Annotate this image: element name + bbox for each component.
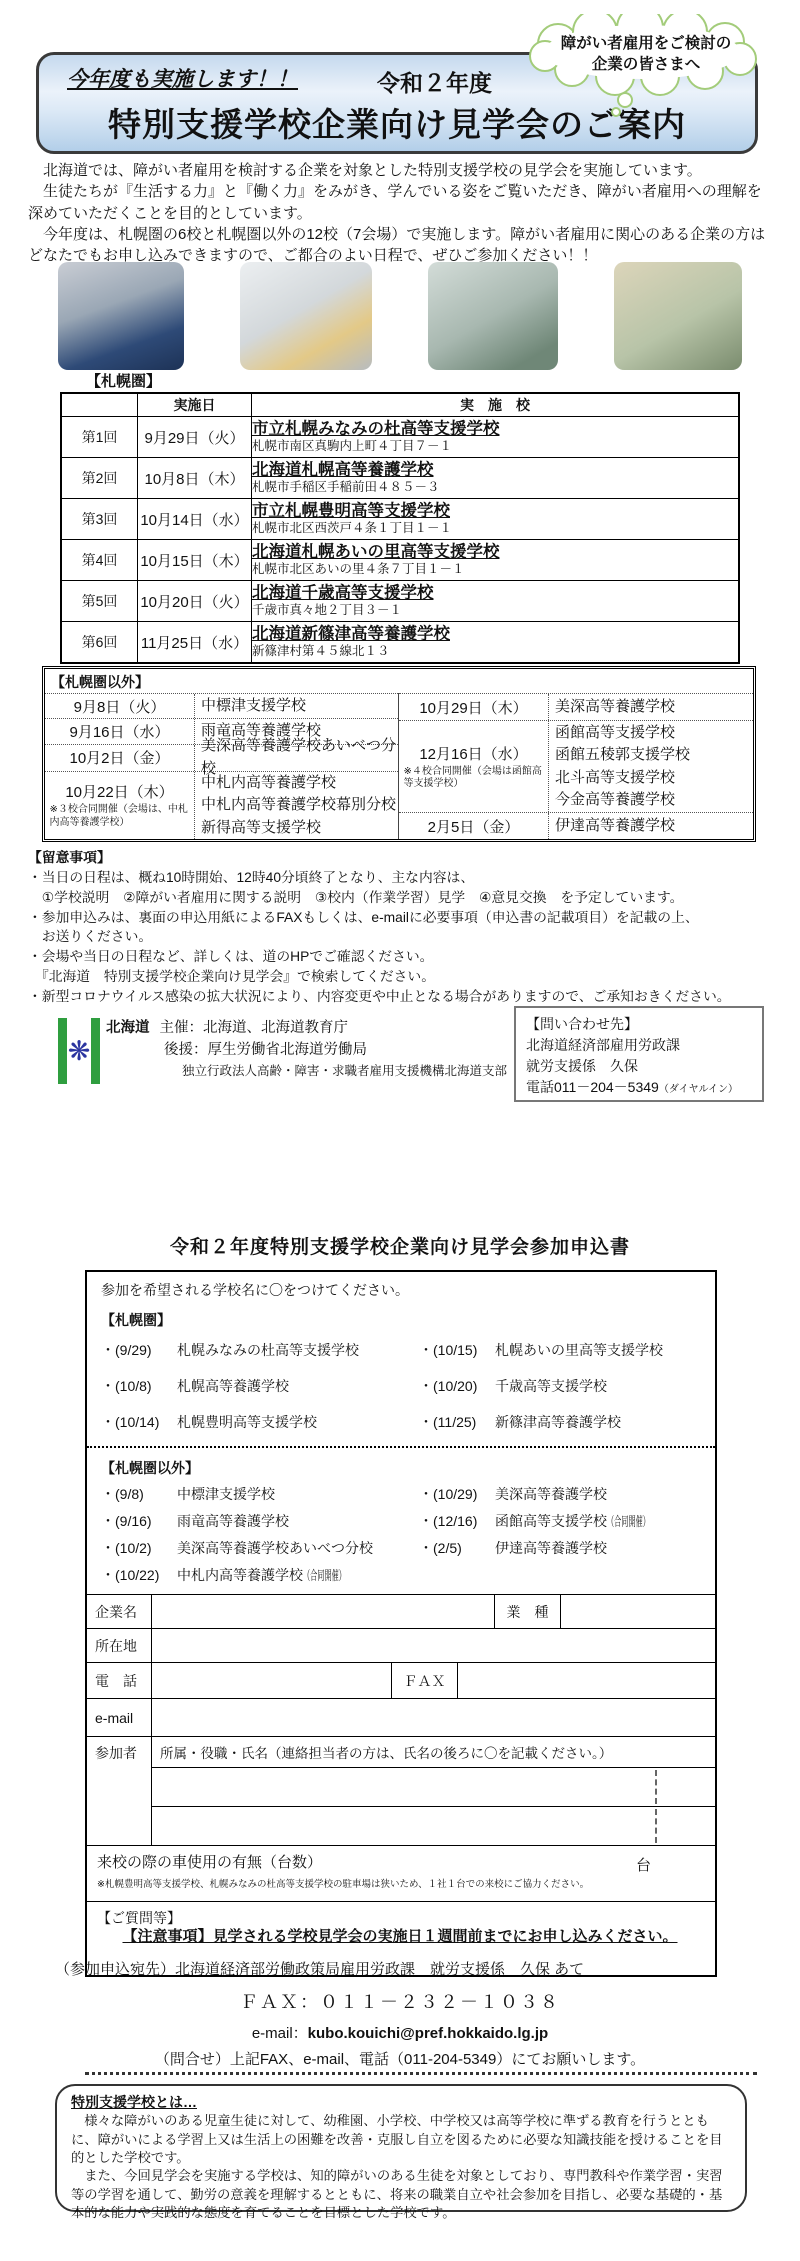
- outside-right-column: 10月29日（木） 美深高等養護学校 12月16日（水） ※４校合同開催（会場は…: [399, 693, 753, 839]
- participant-input-row[interactable]: [152, 1767, 715, 1806]
- phone-row: 電 話 ＦＡＸ: [87, 1662, 715, 1698]
- inquiry-line: （問合せ）上記FAX、e-mail、電話（011-204-5349）にてお願いし…: [0, 2048, 800, 2069]
- school-address: 札幌市北区西茨戸４条１丁目１－１: [252, 521, 738, 536]
- schedule-row: 10月29日（木） 美深高等養護学校: [399, 693, 753, 720]
- schedule-row: 2月5日（金） 伊達高等養護学校: [399, 812, 753, 839]
- company-label: 企業名: [87, 1595, 151, 1628]
- notes-title: 【留意事項】: [28, 848, 792, 868]
- organizer-support2: 独立行政法人高齢・障害・求職者雇用支援機構北海道支部: [182, 1062, 507, 1081]
- school-choice[interactable]: ・(11/25)新篠津高等養護学校: [419, 1404, 701, 1440]
- organizer-host: 主催：北海道、北海道教育庁: [160, 1018, 349, 1040]
- photo-baking-work: [240, 262, 372, 370]
- table-header-row: 実施日 実 施 校: [61, 393, 739, 417]
- participants-label: 参加者: [87, 1737, 151, 1845]
- school-name: 北海道札幌高等養護学校: [252, 461, 738, 480]
- photo-strip: [58, 262, 742, 370]
- contact-person: 就労支援係 久保: [526, 1056, 752, 1077]
- note-line: ・会場や当日の日程など、詳しくは、道のHPでご確認ください。: [28, 947, 792, 967]
- company-input[interactable]: [151, 1595, 494, 1628]
- organizer-support1: 後援：厚生労働省北海道労働局: [164, 1040, 507, 1062]
- schedule-row: 9月8日（火） 中標津支援学校: [45, 693, 398, 718]
- school-address: 札幌市手稲区手稲前田４８５－３: [252, 480, 738, 495]
- school-address: 新篠津村第４５線北１３: [252, 644, 738, 659]
- school-choice[interactable]: ・(10/8)札幌高等養護学校: [101, 1368, 419, 1404]
- contact-phone: 電話011－204－5349（ダイヤルイン）: [526, 1077, 752, 1098]
- school-choice[interactable]: ・(10/22)中札内高等養護学校（合同開催）: [101, 1561, 419, 1588]
- participants-header: 所属・役職・氏名（連絡担当者の方は、氏名の後ろに〇を記載ください。）: [152, 1737, 715, 1767]
- email-input[interactable]: [151, 1699, 715, 1736]
- fiscal-year: 令和２年度: [377, 65, 492, 98]
- email-address-line: e-mail：kubo.kouichi@pref.hokkaido.lg.jp: [0, 2022, 800, 2043]
- table-row: 第3回 10月14日（水） 市立札幌豊明高等支援学校札幌市北区西茨戸４条１丁目１…: [61, 499, 739, 540]
- school-choice[interactable]: ・(10/2)美深高等養護学校あいべつ分校: [101, 1534, 419, 1561]
- participant-input-row[interactable]: [152, 1806, 715, 1845]
- phone-label: 電 話: [87, 1663, 151, 1698]
- intro-p1: 北海道では、障がい者雇用を検討する企業を対象とした特別支援学校の見学会を実施して…: [28, 160, 776, 181]
- school-name: 北海道千歳高等支援学校: [252, 584, 738, 603]
- note-line: 『北海道 特別支援学校企業向け見学会』で検索してください。: [28, 967, 792, 987]
- email-label: e-mail: [87, 1699, 151, 1736]
- apply-to-line: （参加申込宛先）北海道経済部労働政策局雇用労政課 就労支援係 久保 あて: [55, 1958, 584, 1979]
- table-row: 第2回 10月8日（木） 北海道札幌高等養護学校札幌市手稲区手稲前田４８５－３: [61, 458, 739, 499]
- email-row: e-mail: [87, 1698, 715, 1736]
- photo-cleaning-work: [58, 262, 184, 370]
- school-choice[interactable]: ・(9/29)札幌みなみの杜高等支援学校: [101, 1332, 419, 1368]
- cloud-text: 障がい者雇用をご検討の 企業の皆さまへ: [530, 34, 762, 76]
- school-choice[interactable]: ・(10/20)千歳高等支援学校: [419, 1368, 701, 1404]
- school-selection-section: 参加を希望される学校名に〇をつけてください。 【札幌圏】 ・(9/29)札幌みな…: [87, 1272, 715, 1594]
- location-row: 所在地: [87, 1628, 715, 1662]
- contact-division: 北海道経済部雇用労政課: [526, 1035, 752, 1056]
- contact-box: 【問い合わせ先】 北海道経済部雇用労政課 就労支援係 久保 電話011－204－…: [514, 1006, 764, 1102]
- joint-note: ※４校合同開催（会場は函館高等支援学校）: [404, 766, 544, 791]
- dotted-divider: [87, 1446, 715, 1448]
- car-label: 来校の際の車使用の有無（台数）: [97, 1851, 705, 1872]
- outside-section-label: 【札幌圏以外】: [45, 669, 753, 693]
- fax-number-line: ＦＡＸ：０１１－２３２－１０３８: [0, 1988, 800, 2014]
- schedule-row-joint: 12月16日（水） ※４校合同開催（会場は函館高等支援学校） 函館高等支援学校 …: [399, 720, 753, 812]
- school-address: 札幌市南区真駒内上町４丁目７－１: [252, 439, 738, 454]
- flyer-page: 今年度も実施します！！ 令和２年度 特別支援学校企業向け見学会のご案内 障がい者…: [0, 0, 800, 2261]
- note-line: お送りください。: [28, 927, 792, 947]
- school-choice[interactable]: ・(2/5)伊達高等養護学校: [419, 1534, 701, 1561]
- table-row: 第1回 9月29日（火） 市立札幌みなみの杜高等支援学校札幌市南区真駒内上町４丁…: [61, 417, 739, 458]
- industry-label: 業 種: [494, 1595, 560, 1628]
- location-input[interactable]: [151, 1629, 715, 1662]
- about-special-schools-box: 特別支援学校とは… 様々な障がいのある児童生徒に対して、幼稚園、小学校、中学校又…: [55, 2084, 747, 2212]
- outside-left-column: 9月8日（火） 中標津支援学校 9月16日（水） 雨竜高等養護学校 10月2日（…: [45, 693, 399, 839]
- participants-row: 参加者 所属・役職・氏名（連絡担当者の方は、氏名の後ろに〇を記載ください。）: [87, 1736, 715, 1845]
- hokkaido-logo-icon: ❋: [58, 1018, 100, 1084]
- application-form-title: 令和２年度特別支援学校企業向け見学会参加申込書: [0, 1232, 800, 1259]
- company-row: 企業名 業 種: [87, 1594, 715, 1628]
- speech-cloud: 障がい者雇用をご検討の 企業の皆さまへ: [520, 14, 772, 118]
- sapporo-section-label: 【札幌圏】: [86, 370, 161, 391]
- car-row[interactable]: 来校の際の車使用の有無（台数） 台 ※札幌豊明高等支援学校、札幌みなみの杜高等支…: [87, 1845, 715, 1901]
- photo-workshop: [428, 262, 558, 370]
- sapporo-schedule-table: 実施日 実 施 校 第1回 9月29日（火） 市立札幌みなみの杜高等支援学校札幌…: [60, 392, 740, 664]
- outside-grid: 9月8日（火） 中標津支援学校 9月16日（水） 雨竜高等養護学校 10月2日（…: [45, 693, 753, 839]
- intro-paragraphs: 北海道では、障がい者雇用を検討する企業を対象とした特別支援学校の見学会を実施して…: [28, 160, 776, 266]
- contact-title: 【問い合わせ先】: [526, 1014, 752, 1035]
- table-row: 第5回 10月20日（火） 北海道千歳高等支援学校千歳市真々地２丁目３－１: [61, 581, 739, 622]
- industry-input[interactable]: [560, 1595, 715, 1628]
- table-row: 第4回 10月15日（木） 北海道札幌あいの里高等支援学校札幌市北区あいの里４条…: [61, 540, 739, 581]
- intro-p3: 今年度は、札幌圏の6校と札幌圏以外の12校（7会場）で実施します。障がい者雇用に…: [28, 224, 776, 267]
- joint-note: ※３校合同開催（会場は、中札内高等養護学校）: [50, 804, 190, 829]
- location-label: 所在地: [87, 1629, 151, 1662]
- schedule-row: 10月2日（金） 美深高等養護学校あいべつ分校: [45, 744, 398, 771]
- header-badge: 今年度も実施します！！: [67, 63, 298, 93]
- form-outside-label: 【札幌圏以外】: [101, 1458, 701, 1478]
- note-line: ・参加申込みは、裏面の申込用紙によるFAXもしくは、e-mailに必要事項（申込…: [28, 908, 792, 928]
- about-title: 特別支援学校とは…: [71, 2093, 731, 2112]
- outside-schedule-box: 【札幌圏以外】 9月8日（火） 中標津支援学校 9月16日（水） 雨竜高等養護学…: [42, 666, 756, 842]
- car-note: ※札幌豊明高等支援学校、札幌みなみの杜高等支援学校の駐車場は狭いため、１社１台で…: [97, 1876, 705, 1890]
- school-choice[interactable]: ・(9/16)雨竜高等養護学校: [101, 1507, 419, 1534]
- school-address: 札幌市北区あいの里４条７丁目１－１: [252, 562, 738, 577]
- form-instruction: 参加を希望される学校名に〇をつけてください。: [101, 1280, 701, 1300]
- dotted-separator: [85, 2072, 757, 2075]
- phone-input[interactable]: [151, 1663, 391, 1698]
- table-row: 第6回 11月25日（水） 北海道新篠津高等養護学校新篠津村第４５線北１３: [61, 622, 739, 664]
- header-date: 実施日: [138, 393, 252, 417]
- photo-sewing-work: [614, 262, 742, 370]
- email-address: kubo.kouichi@pref.hokkaido.lg.jp: [308, 2025, 548, 2042]
- note-line: ①学校説明 ②障がい者雇用に関する説明 ③校内（作業学習）見学 ④意見交換 を予…: [28, 888, 792, 908]
- school-choice[interactable]: ・(10/29)美深高等養護学校: [419, 1480, 701, 1507]
- header-empty: [61, 393, 138, 417]
- about-p1: 様々な障がいのある児童生徒に対して、幼稚園、小学校、中学校又は高等学校に準ずる教…: [71, 2112, 731, 2167]
- note-line: ・当日の日程は、概ね10時開始、12時40分頃終了となり、主な内容は、: [28, 868, 792, 888]
- school-choice[interactable]: ・(9/8)中標津支援学校: [101, 1480, 419, 1507]
- school-choice[interactable]: ・(10/15)札幌あいの里高等支援学校: [419, 1332, 701, 1368]
- note-line: ・新型コロナウイルス感染の拡大状況により、内容変更や中止となる場合がありますので…: [28, 987, 792, 1007]
- intro-p2: 生徒たちが『生活する力』と『働く力』をみがき、学んでいる姿をご覧いただき、障がい…: [28, 181, 776, 224]
- schedule-row-joint: 10月22日（木） ※３校合同開催（会場は、中札内高等養護学校） 中札内高等養護…: [45, 771, 398, 840]
- form-sapporo-label: 【札幌圏】: [101, 1310, 701, 1330]
- about-p2: また、今回見学会を実施する学校は、知的障がいのある生徒を対象としており、専門教科…: [71, 2167, 731, 2222]
- notes-section: 【留意事項】 ・当日の日程は、概ね10時開始、12時40分頃終了となり、主な内容…: [28, 848, 792, 1007]
- notice-line: 【注意事項】見学される学校見学会の実施日１週間前までにお申し込みください。: [0, 1925, 800, 1946]
- organizer-region: 北海道: [106, 1018, 150, 1040]
- fax-label: ＦＡＸ: [391, 1663, 457, 1698]
- school-address: 千歳市真々地２丁目３－１: [252, 603, 738, 618]
- organizer-text: 北海道 主催：北海道、北海道教育庁 後援：厚生労働省北海道労働局 独立行政法人高…: [106, 1018, 507, 1080]
- school-name: 北海道札幌あいの里高等支援学校: [252, 543, 738, 562]
- fax-input[interactable]: [457, 1663, 715, 1698]
- header-school: 実 施 校: [252, 393, 740, 417]
- application-form: 参加を希望される学校名に〇をつけてください。 【札幌圏】 ・(9/29)札幌みな…: [85, 1270, 717, 1977]
- car-unit-label: 台: [636, 1854, 651, 1875]
- school-name: 北海道新篠津高等養護学校: [252, 625, 738, 644]
- school-name: 市立札幌みなみの杜高等支援学校: [252, 420, 738, 439]
- school-name: 市立札幌豊明高等支援学校: [252, 502, 738, 521]
- school-choice[interactable]: ・(10/14)札幌豊明高等支援学校: [101, 1404, 419, 1440]
- school-choice[interactable]: ・(12/16)函館高等支援学校（合同開催）: [419, 1507, 701, 1534]
